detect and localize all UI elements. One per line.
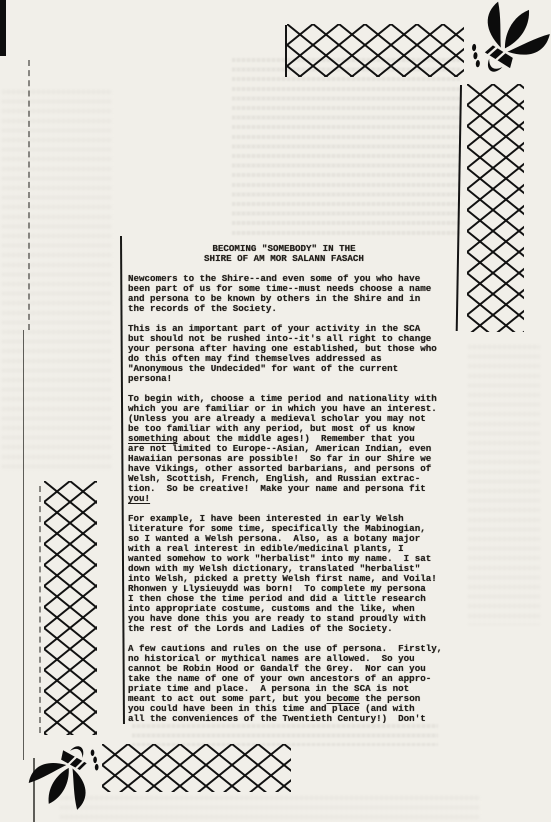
text-line: persona! [128, 374, 440, 384]
lattice-border-top [287, 24, 464, 77]
scan-edge-mark [0, 0, 6, 56]
paragraph: This is an important part of your activi… [128, 324, 440, 384]
article-title: BECOMING "SOMEBODY" IN THESHIRE OF AM MO… [128, 244, 440, 264]
paragraph: Newcomers to the Shire--and even some of… [128, 274, 440, 314]
bleed-through-bottom [132, 724, 438, 746]
text-line: the records of the Society. [128, 304, 440, 314]
lattice-border-right [467, 84, 524, 332]
fleur-de-lis-icon [449, 0, 551, 103]
text-line: you! [128, 494, 440, 504]
lattice-border-bottom [102, 744, 291, 792]
lattice-border-left [44, 481, 97, 735]
text-line: "Anonymous the Undecided" for want of th… [128, 364, 440, 374]
bleed-through-top [232, 58, 460, 240]
scanned-page: BECOMING "SOMEBODY" IN THESHIRE OF AM MO… [0, 0, 551, 822]
left-border-edge-line [39, 486, 41, 733]
scan-edge-line [23, 330, 24, 760]
bleed-through-left-margin [2, 90, 112, 470]
text-line: tion. So be creative! Make your name and… [128, 484, 440, 494]
title-line: SHIRE OF AM MOR SALANN FASACH [128, 254, 440, 264]
text-line: all the conveniences of the Twentieth Ce… [128, 714, 440, 724]
article: BECOMING "SOMEBODY" IN THESHIRE OF AM MO… [128, 244, 440, 724]
text-block-rule [120, 236, 125, 724]
bleed-through-footer [60, 796, 480, 820]
article-body: Newcomers to the Shire--and even some of… [128, 274, 440, 724]
scan-edge-dashed-line [28, 60, 30, 330]
text-line: the rest of the Lords and Ladies of the … [128, 624, 440, 634]
paragraph: A few cautions and rules on the use of p… [128, 644, 440, 724]
paragraph: To begin with, choose a time period and … [128, 394, 440, 504]
bleed-through-right-margin [468, 345, 540, 625]
paragraph: For example, I have been interested in e… [128, 514, 440, 634]
